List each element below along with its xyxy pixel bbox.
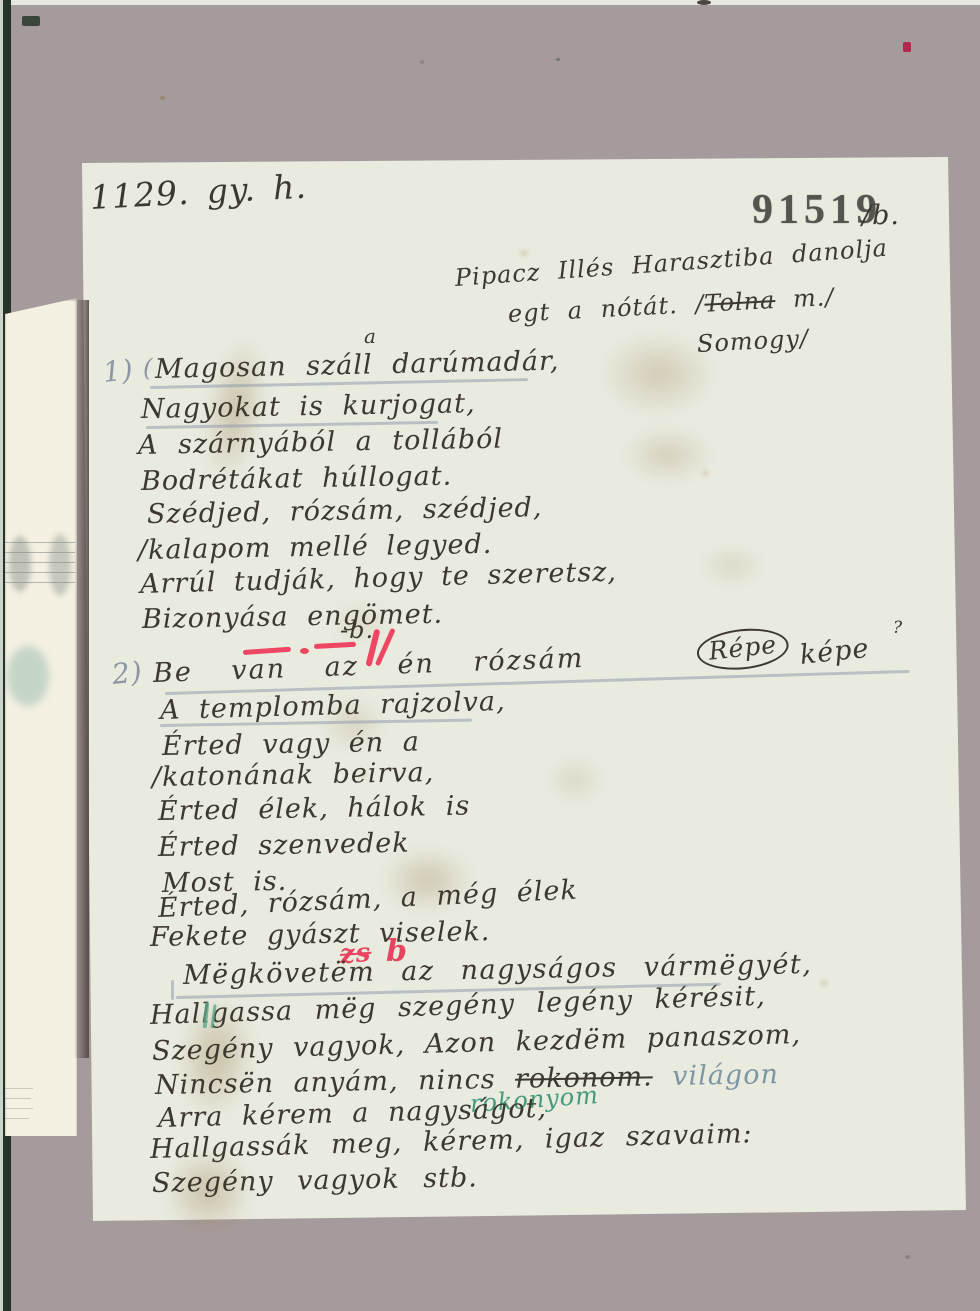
verse2-line1-sup: ? [893, 618, 903, 638]
title-line-2-post: m./ [775, 283, 835, 314]
verse2-line: Érted élek, hálok is [158, 791, 471, 827]
board-speck [556, 58, 560, 61]
fox-spot [820, 980, 828, 986]
board-dark-notch [697, 0, 711, 5]
board-corner-mark [22, 16, 40, 26]
stain [545, 755, 605, 805]
manuscript-scan: { "colors": { "board": "#a69b9c", "page"… [0, 0, 980, 1311]
verse1-line: Bizonyása engömet. [142, 599, 444, 635]
fox-spot [702, 470, 709, 476]
faint-dash [5, 1108, 33, 1109]
verse1-line: Nagyokat is kurjogat, [141, 388, 476, 425]
fox-spot [520, 250, 528, 256]
verse1-line: Bodrétákat húllogat. [141, 461, 453, 497]
underlying-sheet-edge [5, 298, 77, 1136]
ink-correction-b: -b. [340, 616, 374, 644]
verse1-line: A szárnyából a tollából [138, 424, 503, 461]
faint-clef-smudge [9, 536, 31, 592]
verse2-marker: 2) [110, 655, 144, 691]
verse2-line: Fekete gyászt viselek. [150, 916, 491, 953]
board-speck [420, 60, 424, 64]
title-struck-county: Tolna [704, 286, 776, 318]
pencil-open-paren: ( [143, 354, 153, 382]
verse2-line: Érted vagy én a [162, 727, 420, 762]
stain [620, 425, 715, 485]
verse3-line: Szegény vagyok stb. [152, 1162, 478, 1199]
verse3-added-word: világon [672, 1059, 779, 1092]
faint-teal-smudge [7, 646, 49, 706]
board-red-speck [903, 42, 911, 52]
faint-dash [5, 1098, 31, 1099]
pencil-bracket-tick [171, 980, 174, 1000]
scan-top-edge [0, 0, 980, 5]
stain [700, 545, 764, 587]
board-speck [160, 96, 165, 100]
verse2-line: /katonának beirva, [152, 757, 435, 793]
faint-note-smudge [49, 534, 71, 596]
page-edge-shadow [74, 300, 89, 1058]
archive-stamp-suffix: /b. [862, 200, 900, 231]
title-line-3: Somogy/ [696, 324, 809, 358]
faint-dash [5, 1088, 33, 1089]
faint-dash [5, 1118, 29, 1119]
verse1-marker: 1) [101, 353, 135, 389]
inserted-letter-a: a [364, 324, 377, 348]
board-speck [905, 1255, 910, 1259]
verse2-line: Érted szenvedek [158, 828, 410, 863]
